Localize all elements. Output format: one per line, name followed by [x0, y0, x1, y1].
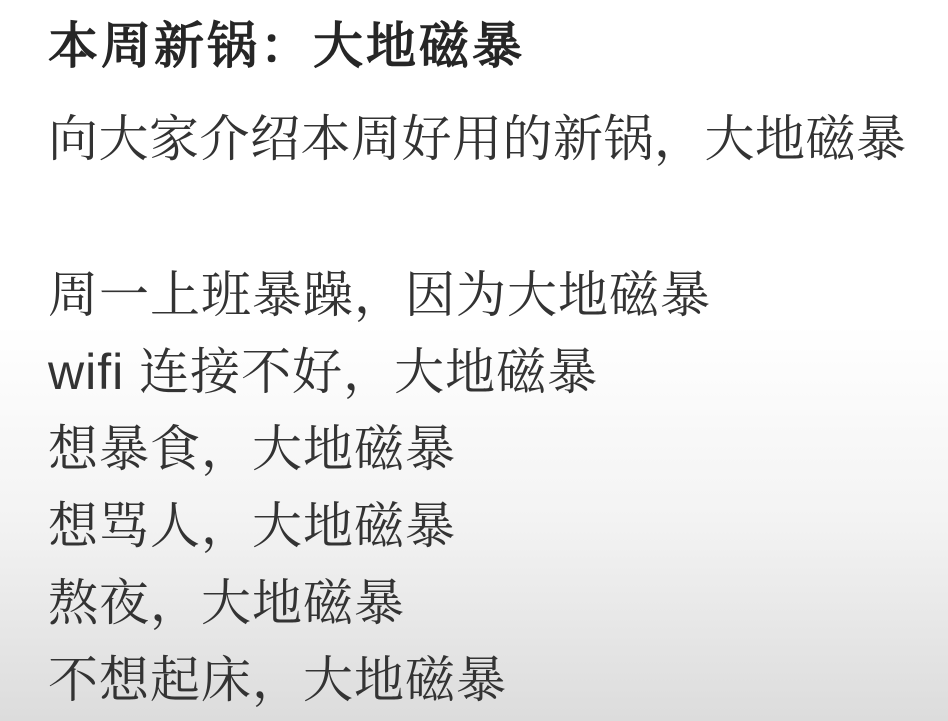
- text-post-page: 本周新锅：大地磁暴 向大家介绍本周好用的新锅，大地磁暴 周一上班暴躁，因为大地磁…: [0, 0, 948, 721]
- text-line: 想暴食，大地磁暴: [48, 411, 948, 488]
- text-line: 熬夜，大地磁暴: [48, 565, 948, 642]
- text-line: wifi 连接不好，大地磁暴: [48, 334, 948, 411]
- text-line: 想骂人，大地磁暴: [48, 488, 948, 565]
- text-line: 不想起床，大地磁暴: [48, 642, 948, 719]
- post-title: 本周新锅：大地磁暴: [48, 16, 948, 76]
- text-line: 周一上班暴躁，因为大地磁暴: [48, 257, 948, 334]
- lines-list: 周一上班暴躁，因为大地磁暴 wifi 连接不好，大地磁暴 想暴食，大地磁暴 想骂…: [48, 257, 948, 719]
- intro-line: 向大家介绍本周好用的新锅，大地磁暴: [48, 109, 948, 169]
